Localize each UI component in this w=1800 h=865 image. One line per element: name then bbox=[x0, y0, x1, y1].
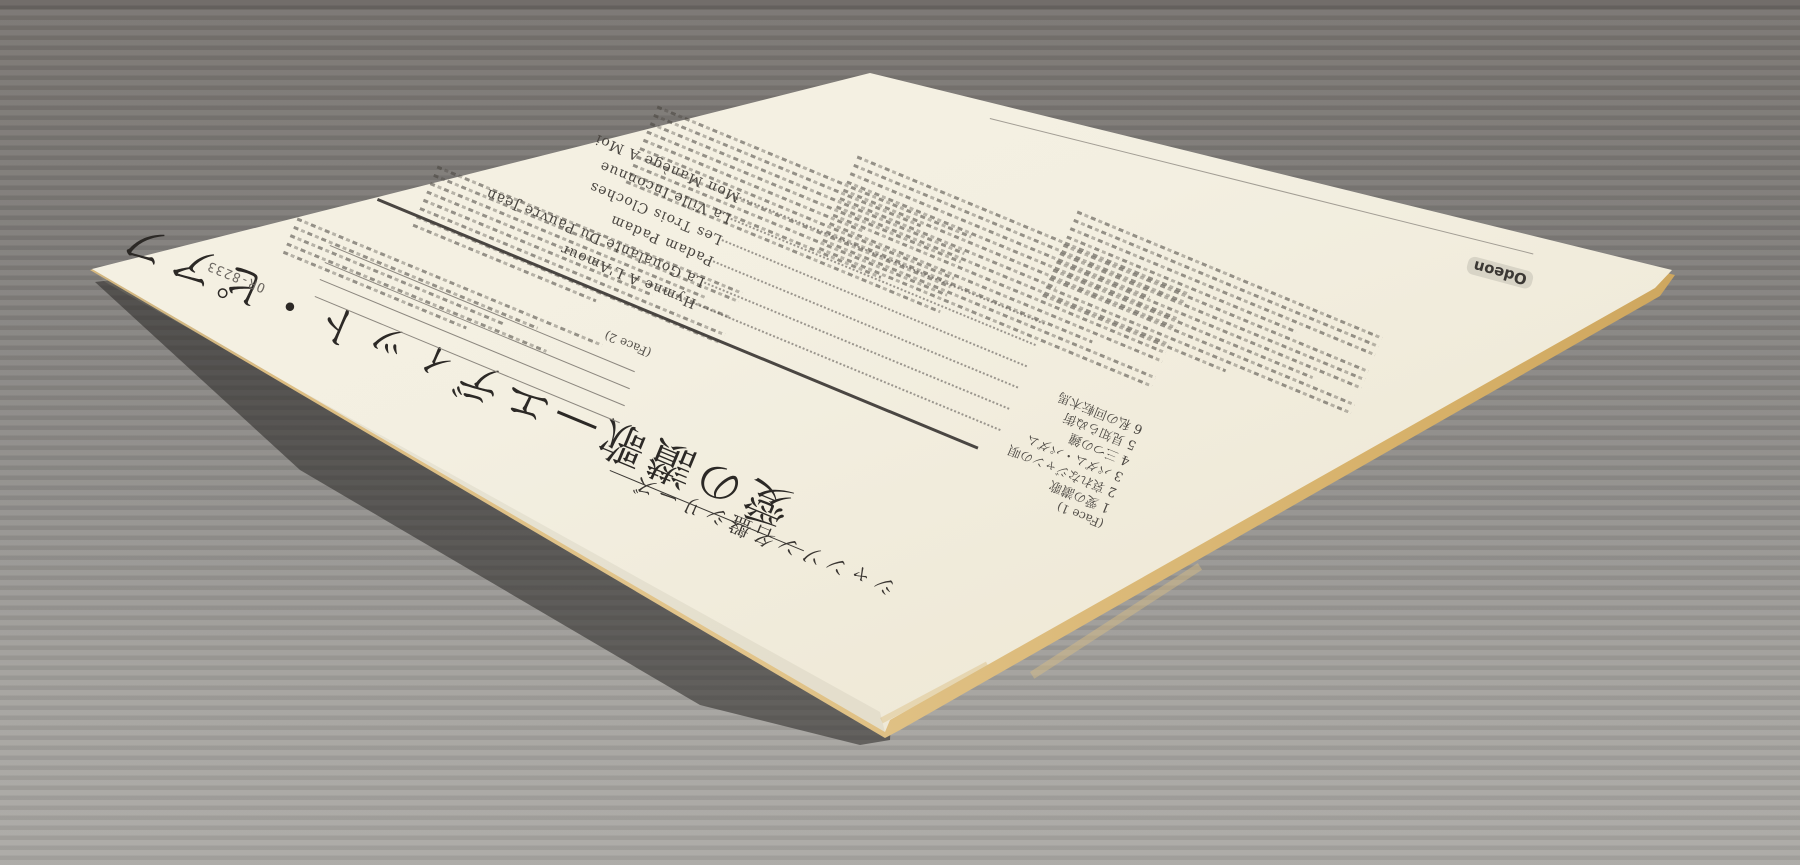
edge-wear bbox=[880, 662, 989, 724]
side-two-heading: (Face 2) bbox=[602, 328, 653, 360]
sleeve-print: 愛の讃歌—エディット・ピアフ シャンソン名盤シリーズ Hymne A L'Amo… bbox=[0, 0, 1800, 865]
odeon-logo: Odeon bbox=[1466, 255, 1535, 290]
liner-notes-column-4 bbox=[1040, 205, 1385, 428]
edge-wear bbox=[1030, 563, 1202, 679]
